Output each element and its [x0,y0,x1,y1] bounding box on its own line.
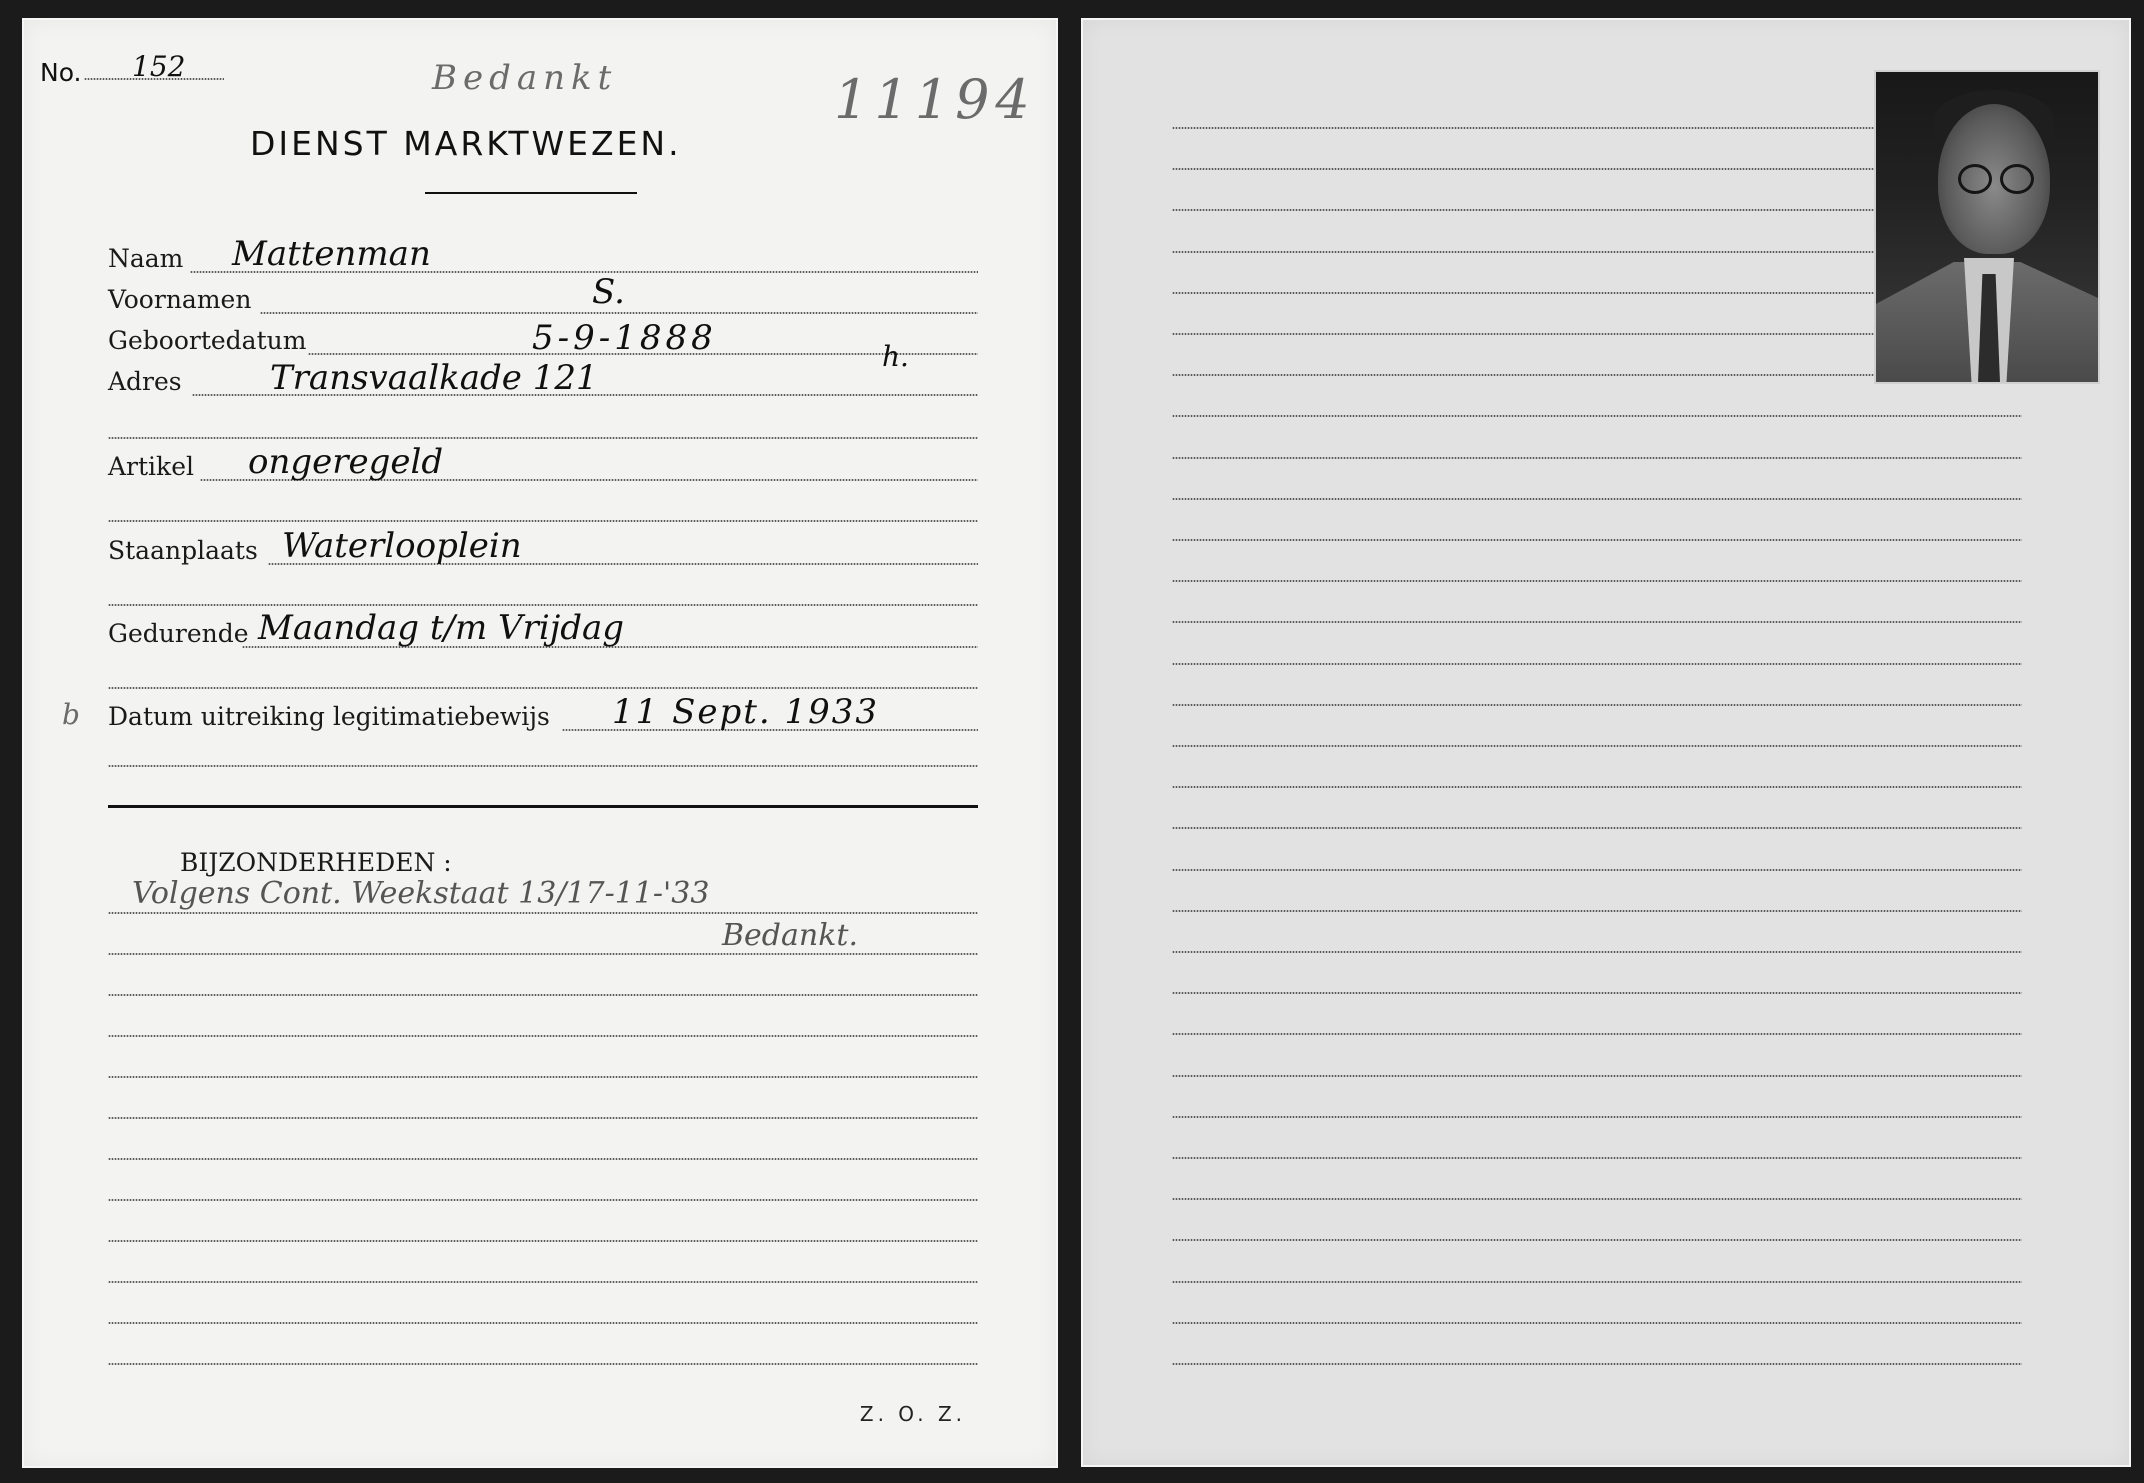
back-dotted-line [1172,951,2022,953]
naam-value: Mattenman [232,234,431,274]
back-dotted-line [1172,621,2022,623]
voornamen-line [260,312,978,314]
label-adres: Adres [108,367,182,396]
label-artikel: Artikel [108,452,194,481]
back-dotted-line [1172,168,1882,170]
back-dotted-line [1172,1157,2022,1159]
back-dotted-line [1172,1363,2022,1365]
back-dotted-line [1172,663,2022,665]
number-value: 152 [132,50,185,83]
blank-line [108,604,978,606]
pencil-annotation-bedankt: Bedankt [432,58,617,98]
remark-dotted-line [108,994,978,996]
adres-value: Transvaalkade 121 [270,358,598,398]
margin-mark: b [62,698,80,731]
geboortedatum-value: 5-9-1888 [532,318,717,358]
remark-line-2: Bedankt. [722,918,858,953]
glasses-icon [1958,164,1992,194]
footer-zoz: Z. O. Z. [860,1402,966,1426]
back-dotted-line [1172,745,2022,747]
back-dotted-line [1172,209,1882,211]
glasses-icon [2000,164,2034,194]
back-dotted-line [1172,910,2022,912]
back-dotted-line [1172,580,2022,582]
remark-dotted-line [108,1158,978,1160]
back-dotted-line [1172,539,2022,541]
remark-dotted-line [108,1281,978,1283]
back-dotted-line [1172,1281,2022,1283]
number-label: No. [40,58,82,87]
label-naam: Naam [108,244,183,273]
label-voornamen: Voornamen [108,285,251,314]
back-dotted-line [1172,374,1882,376]
front-card: No. 152 Bedankt 11194 DIENST MARKTWEZEN.… [22,18,1058,1468]
back-dotted-line [1172,992,2022,994]
page-title: DIENST MARKTWEZEN. [250,124,682,163]
label-gedurende: Gedurende [108,619,249,648]
artikel-value: ongeregeld [248,442,443,482]
back-dotted-line [1172,1322,2022,1324]
blank-line [108,520,978,522]
back-dotted-line [1172,1033,2022,1035]
back-dotted-line [1172,786,2022,788]
blank-line [108,687,978,689]
datum-uitreiking-value: 11 Sept. 1933 [612,692,879,732]
back-dotted-line [1172,869,2022,871]
remark-dotted-line [108,1117,978,1119]
remark-dotted-line [108,1199,978,1201]
back-dotted-line [1172,1198,2022,1200]
portrait-photo [1874,70,2100,384]
section-divider [108,805,978,808]
back-dotted-line [1172,1239,2022,1241]
back-dotted-line [1172,1116,2022,1118]
section-heading-bijzonderheden: BIJZONDERHEDEN : [180,848,452,877]
adres-suffix: h. [882,340,909,373]
back-dotted-line [1172,498,2022,500]
remark-dotted-line [108,1240,978,1242]
remark-dotted-line [108,1035,978,1037]
blank-line [108,437,978,439]
remark-line-1: Volgens Cont. Weekstaat 13/17-11-'33 [132,876,709,911]
remark-dotted-line [108,1363,978,1365]
back-dotted-line [1172,1075,2022,1077]
back-dotted-line [1172,127,1882,129]
label-datum-uitreiking: Datum uitreiking legitimatiebewijs [108,702,550,731]
title-underline [425,192,637,194]
remark-dotted-line [108,1076,978,1078]
blank-line [108,765,978,767]
gedurende-value: Maandag t/m Vrijdag [258,608,624,648]
back-dotted-line [1172,827,2022,829]
back-dotted-line [1172,415,2022,417]
remark-dotted-line [108,953,978,955]
staanplaats-value: Waterlooplein [282,526,522,566]
label-geboortedatum: Geboortedatum [108,326,306,355]
remark-dotted-line [108,912,978,914]
back-dotted-line [1172,251,1882,253]
voornamen-value: S. [592,272,625,312]
remark-dotted-line [108,1322,978,1324]
back-dotted-line [1172,457,2022,459]
label-staanplaats: Staanplaats [108,536,258,565]
back-dotted-line [1172,292,1882,294]
back-dotted-line [1172,333,1882,335]
back-dotted-line [1172,704,2022,706]
pencil-annotation-number: 11194 [834,68,1036,131]
